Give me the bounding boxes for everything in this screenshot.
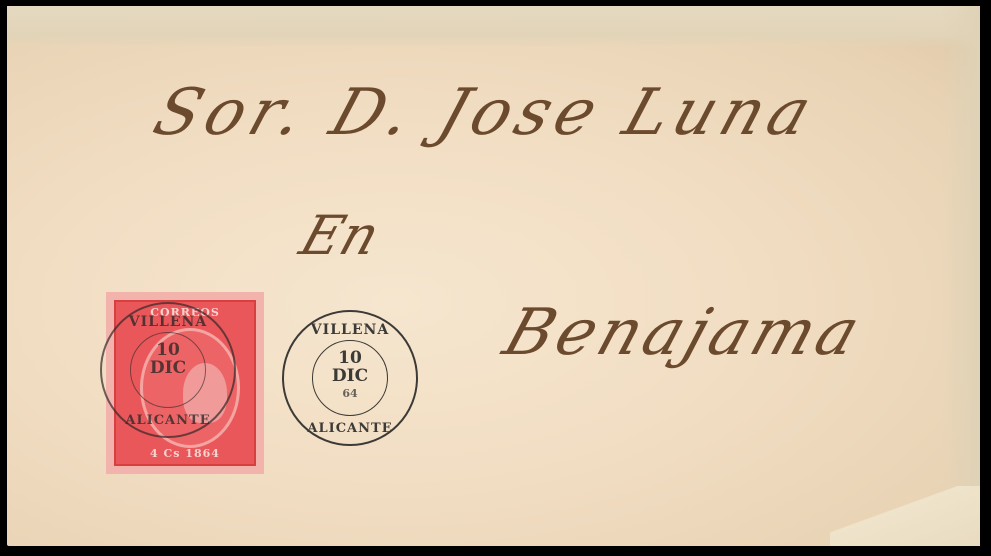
address-line-en: En [293, 204, 388, 267]
stamp-value-text: 4 Cs 1864 [116, 447, 254, 460]
postmark: VILLENA 10 DIC 64 ALICANTE [282, 310, 418, 446]
envelope-edge-shadow [940, 6, 980, 546]
torn-corner [830, 486, 980, 546]
postmark-year: 64 [284, 388, 416, 399]
cancel-town: VILLENA [102, 314, 234, 330]
postmark-day: 10 [284, 350, 416, 367]
cancel-day: 10 [102, 342, 234, 359]
address-line-recipient: Sor. D. Jose Luna [145, 76, 826, 150]
stamp-cancellation: VILLENA 10 DIC ALICANTE [100, 302, 236, 438]
cancel-month: DIC [102, 360, 234, 377]
cancel-province: ALICANTE [102, 413, 234, 428]
address-line-town: Benajama [495, 296, 872, 370]
postmark-province: ALICANTE [284, 421, 416, 436]
envelope-flap-shadow [7, 6, 980, 48]
postmark-town: VILLENA [284, 322, 416, 338]
postmark-month: DIC [284, 368, 416, 385]
